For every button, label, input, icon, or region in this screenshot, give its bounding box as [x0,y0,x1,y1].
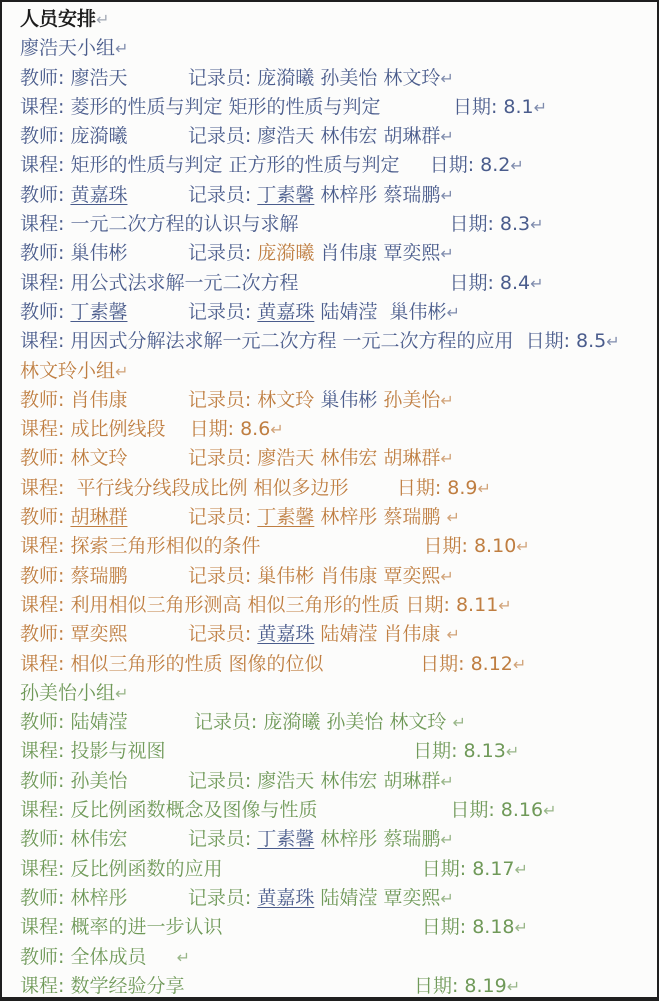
text-segment [222,916,421,938]
paragraph-mark: ↵ [440,772,453,791]
teacher-line: 教师: 陆婧滢 记录员: 庞漪曦 孙美怡 林文玲 ↵ [20,708,653,737]
course-line: 课程: 投影与视图 日期: 8.13↵ [20,737,653,766]
text-segment: 黄嘉珠 [257,301,314,323]
text-segment [127,711,193,733]
paragraph-mark: ↵ [440,391,453,410]
text-segment: 课程: 用因式分解法求解一元二次方程 一元二次方程的应用 [20,330,513,352]
group-heading-3: 孙美怡小组↵ [20,679,653,708]
text-segment [165,740,413,762]
text-segment: 教师: [20,301,70,323]
text-segment: 课程: 一元二次方程的认识与求解 [20,213,298,235]
text-segment: 课程: 探索三角形相似的条件 [20,535,260,557]
text-segment [513,330,525,352]
text-segment: 课程: 投影与视图 [20,740,165,762]
group-heading-1: 廖浩天小组↵ [20,34,653,63]
document-page: 人员安排↵廖浩天小组↵教师: 廖浩天 记录员: 庞漪曦 孙美怡 林文玲↵课程: … [0,0,659,1001]
text-segment: 日期: 8.3 [449,213,530,235]
course-line: 课程: 概率的进一步认识 日期: 8.18↵ [20,913,653,942]
paragraph-mark: ↵ [530,274,543,293]
text-segment: 课程: 相似三角形的性质 图像的位似 [20,653,323,675]
text-segment [127,184,187,206]
text-segment: 陆婧滢 巢伟彬 [314,301,446,323]
course-line: 课程: 平行线分线段成比例 相似多边形 日期: 8.9↵ [20,474,653,503]
text-segment: 课程: 反比例函数概念及图像与性质 [20,799,317,821]
teacher-line: 教师: 黄嘉珠 记录员: 丁素馨 林梓彤 蔡瑞鹏↵ [20,181,653,210]
text-segment: 教师: 廖浩天 [20,67,127,89]
text-segment [260,535,423,557]
text-segment: 记录员: [188,184,257,206]
text-segment: 教师: 庞漪曦 [20,125,127,147]
paragraph-mark: ↵ [534,98,547,117]
text-segment: 日期: 8.9 [397,477,478,499]
paragraph-mark: ↵ [440,567,453,586]
paragraph-mark: ↵ [530,215,543,234]
text-segment [127,565,187,587]
teacher-line: 教师: 胡琳群 记录员: 丁素馨 林梓彤 蔡瑞鹏 ↵ [20,503,653,532]
course-line: 课程: 用公式法求解一元二次方程 日期: 8.4↵ [20,269,653,298]
text-segment: 日期: 8.17 [422,858,515,880]
text-segment [127,623,187,645]
text-segment: 记录员: 廖浩天 林伟宏 胡琳群 [188,447,441,469]
paragraph-mark: ↵ [446,625,459,644]
text-segment: 林梓彤 蔡瑞鹏 [314,184,440,206]
course-line: 课程: 用因式分解法求解一元二次方程 一元二次方程的应用 日期: 8.5↵ [20,327,653,356]
course-line: 课程: 一元二次方程的认识与求解 日期: 8.3↵ [20,210,653,239]
text-segment: 教师: 林伟宏 [20,828,127,850]
text-segment: 教师: 覃奕熙 [20,623,127,645]
paragraph-mark: ↵ [478,479,491,498]
paragraph-mark: ↵ [270,420,283,439]
text-segment: 胡琳群 [70,506,127,528]
text-segment: 教师: 陆婧滢 [20,711,127,733]
text-segment [127,506,187,528]
text-segment: 丁素馨 [257,828,314,850]
text-segment: 日期: 8.11 [406,594,499,616]
text-segment: 日期: 8.16 [450,799,543,821]
text-segment: 教师: 蔡瑞鹏 [20,565,127,587]
teacher-line: 教师: 覃奕熙 记录员: 黄嘉珠 陆婧滢 肖伟康 ↵ [20,620,653,649]
text-segment: 林文玲小组 [20,360,115,382]
paragraph-mark: ↵ [440,449,453,468]
text-segment: 黄嘉珠 [257,887,314,909]
text-segment [298,272,449,294]
text-segment: 教师: 巢伟彬 [20,242,127,264]
text-segment: 日期: 8.6 [190,418,271,440]
text-segment: 日期: 8.2 [430,154,511,176]
paragraph-mark: ↵ [115,684,128,703]
paragraph-mark: ↵ [440,69,453,88]
teacher-line: 教师: 林伟宏 记录员: 丁素馨 林梓彤 蔡瑞鹏↵ [20,825,653,854]
paragraph-mark: ↵ [440,889,453,908]
text-segment: 黄嘉珠 [257,623,314,645]
text-segment: 日期: 8.13 [413,740,506,762]
text-segment: 林梓彤 蔡瑞鹏 [314,506,446,528]
paragraph-mark: ↵ [440,244,453,263]
text-segment [222,858,421,880]
text-segment [184,975,414,997]
text-segment [127,887,187,909]
paragraph-mark: ↵ [606,332,619,351]
group-heading-2: 林文玲小组↵ [20,357,653,386]
text-segment: 记录员: [188,887,257,909]
text-segment: 教师: 孙美怡 [20,770,127,792]
text-segment: 林梓彤 蔡瑞鹏 [314,828,440,850]
text-segment: 教师: [20,506,70,528]
text-segment: 日期: 8.10 [424,535,517,557]
text-segment: 教师: 林梓彤 [20,887,127,909]
text-segment [165,418,189,440]
teacher-line: 教师: 林文玲 记录员: 廖浩天 林伟宏 胡琳群↵ [20,444,653,473]
teacher-line: 教师: 林梓彤 记录员: 黄嘉珠 陆婧滢 覃奕熙↵ [20,884,653,913]
text-segment: 陆婧滢 覃奕熙 [314,887,440,909]
text-segment: 记录员: [188,301,257,323]
paragraph-mark: ↵ [115,362,128,381]
text-segment: 日期: 8.18 [422,916,515,938]
teacher-line: 教师: 庞漪曦 记录员: 廖浩天 林伟宏 胡琳群↵ [20,122,653,151]
text-segment: 巢伟彬 [320,389,377,411]
text-segment: 日期: 8.4 [449,272,530,294]
text-segment: 课程: 平行线分线段成比例 相似多边形 [20,477,349,499]
teacher-line: 教师: 全体成员 ↵ [20,943,653,972]
text-segment: 庞漪曦 [257,242,314,264]
text-segment: 记录员: [188,242,257,264]
text-segment: 教师: 林文玲 [20,447,127,469]
text-segment: 肖伟康 覃奕熙 [314,242,440,264]
text-segment: 黄嘉珠 [70,184,127,206]
text-segment [127,389,187,411]
text-segment: 记录员: [188,623,257,645]
text-segment: 记录员: 庞漪曦 孙美怡 林文玲 [194,711,453,733]
text-segment: 课程: 菱形的性质与判定 矩形的性质与判定 [20,96,380,118]
paragraph-mark: ↵ [446,303,459,322]
text-segment: 丁素馨 [257,506,314,528]
document-body: 人员安排↵廖浩天小组↵教师: 廖浩天 记录员: 庞漪曦 孙美怡 林文玲↵课程: … [20,5,653,1001]
text-segment [380,96,452,118]
text-segment: 丁素馨 [257,184,314,206]
text-segment: 记录员: 巢伟彬 肖伟康 覃奕熙 [188,565,441,587]
paragraph-mark: ↵ [506,742,519,761]
doc-title: 人员安排↵ [20,5,653,34]
text-segment [127,301,187,323]
course-line: 课程: 相似三角形的性质 图像的位似 日期: 8.12↵ [20,650,653,679]
text-segment: 廖浩天小组 [20,37,115,59]
text-segment [127,125,187,147]
text-segment [399,154,429,176]
text-segment [127,447,187,469]
page-title: 人员安排 [20,8,96,30]
text-segment: 孙美怡小组 [20,682,115,704]
text-segment [298,213,449,235]
text-segment: 课程: 数学经验分享 [20,975,184,997]
text-segment: 课程: 成比例线段 [20,418,165,440]
course-line: 课程: 数学经验分享 日期: 8.19↵ [20,972,653,1001]
text-segment: 课程: 利用相似三角形测高 相似三角形的性质 [20,594,406,616]
text-segment [146,946,176,968]
text-segment: 日期: 8.1 [453,96,534,118]
paragraph-mark: ↵ [515,918,528,937]
teacher-line: 教师: 巢伟彬 记录员: 庞漪曦 肖伟康 覃奕熙↵ [20,239,653,268]
text-segment: 记录员: [188,506,257,528]
text-segment [317,799,450,821]
course-line: 课程: 成比例线段 日期: 8.6↵ [20,415,653,444]
text-segment: 课程: 概率的进一步认识 [20,916,222,938]
paragraph-mark: ↵ [96,10,109,29]
paragraph-mark: ↵ [498,596,511,615]
text-segment [127,770,187,792]
paragraph-mark: ↵ [543,801,556,820]
text-segment: 丁素馨 [70,301,127,323]
course-line: 课程: 菱形的性质与判定 矩形的性质与判定 日期: 8.1↵ [20,93,653,122]
text-segment: 记录员: [188,828,257,850]
text-segment: 课程: 用公式法求解一元二次方程 [20,272,298,294]
text-segment: 记录员: 廖浩天 林伟宏 胡琳群 [188,770,441,792]
paragraph-mark: ↵ [513,655,526,674]
text-segment: 陆婧滢 肖伟康 [314,623,446,645]
text-segment: 教师: [20,184,70,206]
text-segment: 孙美怡 [377,389,440,411]
paragraph-mark: ↵ [177,948,190,967]
text-segment: 课程: 矩形的性质与判定 正方形的性质与判定 [20,154,399,176]
text-segment: 日期: 8.5 [526,330,607,352]
text-segment [127,67,187,89]
paragraph-mark: ↵ [440,127,453,146]
text-segment: 记录员: 庞漪曦 孙美怡 林文玲 [188,67,441,89]
teacher-line: 教师: 丁素馨 记录员: 黄嘉珠 陆婧滢 巢伟彬↵ [20,298,653,327]
paragraph-mark: ↵ [507,977,520,996]
paragraph-mark: ↵ [446,508,459,527]
paragraph-mark: ↵ [440,830,453,849]
text-segment [323,653,420,675]
paragraph-mark: ↵ [510,156,523,175]
course-line: 课程: 矩形的性质与判定 正方形的性质与判定 日期: 8.2↵ [20,151,653,180]
course-line: 课程: 利用相似三角形测高 相似三角形的性质 日期: 8.11↵ [20,591,653,620]
course-line: 课程: 反比例函数概念及图像与性质 日期: 8.16↵ [20,796,653,825]
text-segment: 教师: 全体成员 [20,946,146,968]
course-line: 课程: 探索三角形相似的条件 日期: 8.10↵ [20,532,653,561]
text-segment: 记录员: 廖浩天 林伟宏 胡琳群 [188,125,441,147]
text-segment [127,828,187,850]
paragraph-mark: ↵ [440,186,453,205]
text-segment: 课程: 反比例函数的应用 [20,858,222,880]
paragraph-mark: ↵ [115,39,128,58]
paragraph-mark: ↵ [452,713,465,732]
text-segment: 教师: 肖伟康 [20,389,127,411]
course-line: 课程: 反比例函数的应用 日期: 8.17↵ [20,855,653,884]
text-segment: 日期: 8.12 [420,653,513,675]
text-segment [349,477,397,499]
text-segment [127,242,187,264]
text-segment: 记录员: 林文玲 [188,389,320,411]
text-segment: 日期: 8.19 [414,975,507,997]
teacher-line: 教师: 孙美怡 记录员: 廖浩天 林伟宏 胡琳群↵ [20,767,653,796]
paragraph-mark: ↵ [515,860,528,879]
teacher-line: 教师: 蔡瑞鹏 记录员: 巢伟彬 肖伟康 覃奕熙↵ [20,562,653,591]
paragraph-mark: ↵ [516,537,529,556]
teacher-line: 教师: 廖浩天 记录员: 庞漪曦 孙美怡 林文玲↵ [20,64,653,93]
teacher-line: 教师: 肖伟康 记录员: 林文玲 巢伟彬 孙美怡↵ [20,386,653,415]
